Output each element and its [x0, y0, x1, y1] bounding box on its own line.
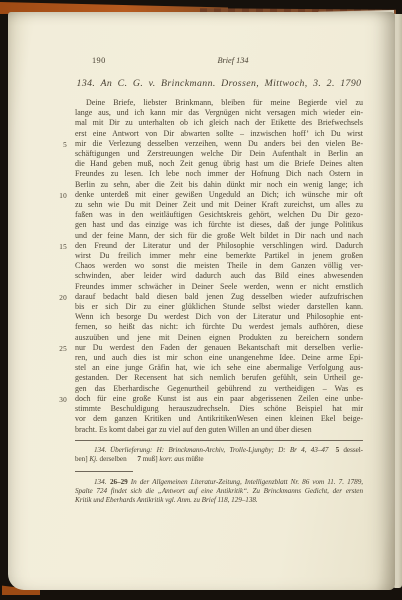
- body-line: 10denke unterdeß mit einer gewißen Unged…: [75, 190, 363, 200]
- body-line-text: Wenn ich besorge Du werdest Dich von der…: [75, 312, 363, 322]
- line-number: 5: [47, 140, 67, 150]
- body-line-text: gen hast und das einzige was ich fürchte…: [75, 220, 363, 230]
- body-line: Freundes zu lesen. Ich lebe noch immer d…: [75, 169, 363, 179]
- body-line: die Hand geben muß, noch Zeit genug übri…: [75, 159, 363, 169]
- body-line: Chaos werden wo sonst die meisten Theile…: [75, 261, 363, 271]
- body-line-text: den Freund der Literatur und der Philoso…: [75, 241, 363, 251]
- body-line: 20darauf bedacht bald diesen bald jenen …: [75, 292, 363, 302]
- body-line: gestanden. Der Recensent hat sich nemlic…: [75, 373, 363, 383]
- body-line: vor dem ganzen Kritiken und Antikritiken…: [75, 414, 363, 424]
- body-line: ren, und auch dies ist mir schon eine un…: [75, 353, 363, 363]
- body-line: bis er sich Dir zu einer glüklichen Stun…: [75, 302, 363, 312]
- body-line: stimmte Beschuldigung herauszudrechseln.…: [75, 404, 363, 414]
- line-number: 25: [47, 344, 67, 354]
- body-line-text: wirst Du freilich immer mehr eine bemerk…: [75, 251, 363, 261]
- body-line-text: erst eine Antwort von Dir abwarten sollt…: [75, 129, 363, 139]
- body-line-text: vor dem ganzen Kritiken und Antikritiken…: [75, 414, 363, 424]
- body-line: stel an eine junge Gräfin hat, wie ich s…: [75, 363, 363, 373]
- body-line-text: Freundes zu lesen. Ich lebe noch immer d…: [75, 169, 363, 179]
- body-line: gen hast und das einzige was ich fürchte…: [75, 220, 363, 230]
- body-line-text: darauf bedacht bald diesen bald jenen Zu…: [75, 292, 363, 302]
- body-line-text: Freundes immer schwächer in Deiner Seele…: [75, 282, 363, 292]
- body-line-text: ren, und auch dies ist mir schon eine un…: [75, 353, 363, 363]
- apparatus-segment: korr. aus: [159, 455, 184, 463]
- letter-body: Deine Briefe, liebster Brinkmann, bleibe…: [75, 98, 363, 435]
- apparatus-segment: ben]: [75, 455, 89, 463]
- body-line: schwinden, aber leider wird dadurch auch…: [75, 271, 363, 281]
- apparatus-segment: müßte: [184, 455, 203, 463]
- body-line-text: die Hand geben muß, noch Zeit genug übri…: [75, 159, 363, 169]
- apparatus-segment: Kritik und Eberhards Antikritik vgl. Anm…: [75, 496, 258, 504]
- text-column: 190 Brief 134 134. An C. G. v. Brinckman…: [75, 56, 363, 505]
- apparatus-segment: In der Allgemeinen Literatur-Zeitung, In…: [128, 478, 363, 486]
- body-line: auszuüben und jene mit Deinen eignen Pro…: [75, 333, 363, 343]
- body-line: gen das Eberhardische Gegenurtheil gebüh…: [75, 384, 363, 394]
- body-line: schäftigungen und Zerstreuungen welche D…: [75, 149, 363, 159]
- book-page: 190 Brief 134 134. An C. G. v. Brinckman…: [8, 12, 395, 590]
- body-line-text: zu sehn wie Du mit Deiner Zeit und mit D…: [75, 200, 363, 210]
- body-line: mal mit Dir zu unterhalten ob ich gleich…: [75, 118, 363, 128]
- body-line-text: bracht. Es komt dabei gar zu viel auf de…: [75, 425, 363, 435]
- body-line-text: denke unterdeß mit einer gewißen Ungedul…: [75, 190, 363, 200]
- apparatus-segment: Überlieferung: H: Brinckmann-Archiv, Tro…: [110, 446, 329, 454]
- body-line: Wenn ich besorge Du werdest Dich von der…: [75, 312, 363, 322]
- line-number: 10: [47, 191, 67, 201]
- body-line-text: fernen, so heißt das nicht: ich fürchte …: [75, 322, 363, 332]
- body-line: Berlin zu sehn, aber die Zeit bis dahin …: [75, 180, 363, 190]
- body-line: 25nur Du werdest den Faden der genauen B…: [75, 343, 363, 353]
- line-number: 30: [47, 395, 67, 405]
- line-number: 20: [47, 293, 67, 303]
- body-line: lange aus, und ich kann mir das Vergnüge…: [75, 108, 363, 118]
- body-line: wirst Du freilich immer mehr eine bemerk…: [75, 251, 363, 261]
- apparatus-segment: [328, 446, 335, 454]
- body-line-text: gestanden. Der Recensent hat sich nemlic…: [75, 373, 363, 383]
- body-line: erst eine Antwort von Dir abwarten sollt…: [75, 129, 363, 139]
- apparatus-segment: derselben: [98, 455, 138, 463]
- apparatus-line: Spalte 724 findet sich die „Antwort auf …: [75, 487, 363, 496]
- body-line: 5mir die Verlezung desselben verzeihen, …: [75, 139, 363, 149]
- apparatus-segment: Kj.: [89, 455, 97, 463]
- running-title: Brief 134: [89, 56, 377, 66]
- body-line-text: Chaos werden wo sonst die meisten Theile…: [75, 261, 363, 271]
- body-line-text: gen das Eberhardische Gegenurtheil gebüh…: [75, 384, 363, 394]
- body-line: 30doch für eine große Kunst ist aus ein …: [75, 394, 363, 404]
- apparatus-commentary: 134. 26–29 In der Allgemeinen Literatur-…: [75, 478, 363, 505]
- letter-title: 134. An C. G. v. Brinckmann. Drossen, Mi…: [61, 78, 377, 90]
- body-line-text: schäftigungen und Zerstreuungen welche D…: [75, 149, 363, 159]
- book-photo-scan: { "page": { "page_number": "190", "runni…: [0, 0, 402, 600]
- body-line-text: lange aus, und ich kann mir das Vergnüge…: [75, 108, 363, 118]
- body-line-text: schwinden, aber leider wird dadurch auch…: [75, 271, 363, 281]
- apparatus-segment: muß]: [141, 455, 159, 463]
- body-line-text: nur Du werdest den Faden der genauen Bek…: [75, 343, 363, 353]
- apparatus-segment: 26–29: [110, 478, 128, 486]
- apparatus-line: 134. Überlieferung: H: Brinckmann-Archiv…: [75, 446, 363, 455]
- body-line-text: Deine Briefe, liebster Brinkmann, bleibe…: [75, 98, 363, 108]
- apparatus-line: Kritik und Eberhards Antikritik vgl. Anm…: [75, 496, 363, 505]
- apparatus-ueberlieferung: 134. Überlieferung: H: Brinckmann-Archiv…: [75, 446, 363, 464]
- body-line-text: auszuüben und jene mit Deinen eignen Pro…: [75, 333, 363, 343]
- apparatus-line: ben] Kj. derselben 7 muß] korr. aus müßt…: [75, 455, 363, 464]
- page-header: 190 Brief 134: [75, 56, 363, 68]
- body-line-text: stimmte Beschuldigung herauszudrechseln.…: [75, 404, 363, 414]
- body-line: und der feine Mann, der sich für die gro…: [75, 231, 363, 241]
- body-line-text: und der feine Mann, der sich für die gro…: [75, 231, 363, 241]
- apparatus-segment: dessel-: [339, 446, 363, 454]
- apparatus-segment: 134.: [94, 478, 106, 486]
- line-number: 15: [47, 242, 67, 252]
- body-line-text: stel an eine junge Gräfin hat, wie ich s…: [75, 363, 363, 373]
- apparatus-segment: 134.: [94, 446, 106, 454]
- body-line-text: Berlin zu sehn, aber die Zeit bis dahin …: [75, 180, 363, 190]
- commentary-divider-rule: [75, 471, 133, 472]
- body-line-text: bis er sich Dir zu einer glüklichen Stun…: [75, 302, 363, 312]
- apparatus-segment: Spalte 724 findet sich die „Antwort auf …: [75, 487, 363, 495]
- body-line: faßen was in den weitläuftigen Gesichtsk…: [75, 210, 363, 220]
- body-line: bracht. Es komt dabei gar zu viel auf de…: [75, 425, 363, 435]
- body-line: 15den Freund der Literatur und der Philo…: [75, 241, 363, 251]
- body-line-text: mal mit Dir zu unterhalten ob ich gleich…: [75, 118, 363, 128]
- body-line: Freundes immer schwächer in Deiner Seele…: [75, 282, 363, 292]
- body-line-text: mir die Verlezung desselben verzeihen, w…: [75, 139, 363, 149]
- body-line-text: doch für eine große Kunst ist aus ein pa…: [75, 394, 363, 404]
- body-line-text: faßen was in den weitläuftigen Gesichtsk…: [75, 210, 363, 220]
- body-line: Deine Briefe, liebster Brinkmann, bleibe…: [75, 98, 363, 108]
- apparatus-divider-rule: [75, 440, 363, 441]
- body-line: zu sehn wie Du mit Deiner Zeit und mit D…: [75, 200, 363, 210]
- apparatus-line: 134. 26–29 In der Allgemeinen Literatur-…: [75, 478, 363, 487]
- body-line: fernen, so heißt das nicht: ich fürchte …: [75, 322, 363, 332]
